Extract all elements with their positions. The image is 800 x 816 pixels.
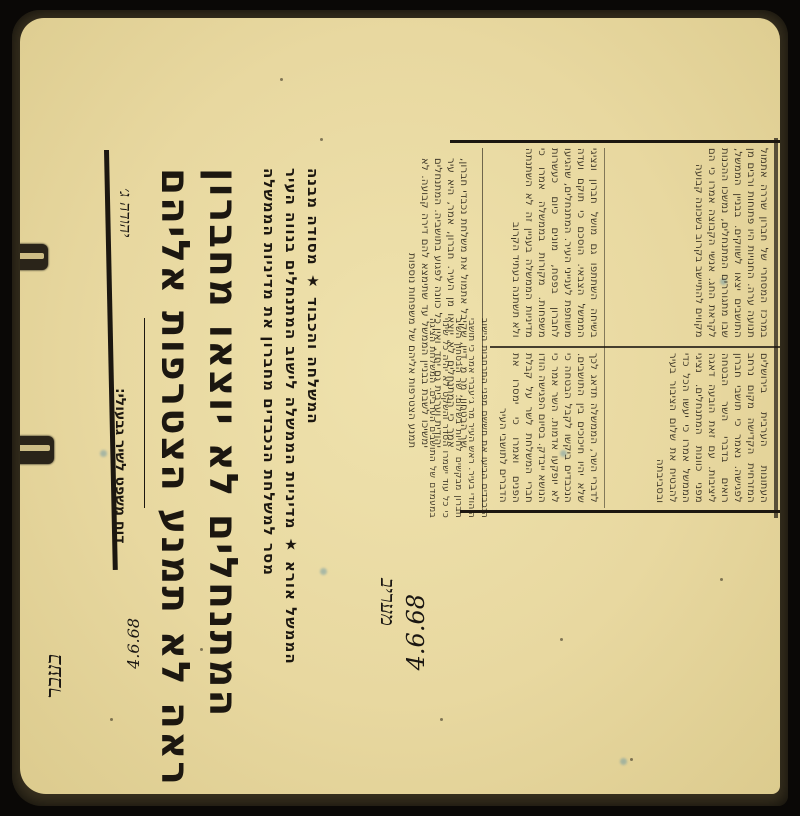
binder-clip-icon bbox=[20, 436, 54, 464]
clipping-bottom-rule bbox=[460, 510, 780, 513]
binder-clip-icon bbox=[20, 244, 48, 270]
body-column-2: הנכבדים הביעו את חששם מפני התרחבות הישוב… bbox=[430, 318, 490, 518]
handwritten-source: מעריב bbox=[376, 578, 400, 626]
body-column-5: במרכז המסחרי של חברון שררה אתמול תנועה ע… bbox=[610, 148, 770, 338]
subhead-line-3: המשלחה והכבוד ★ מסודה מבנה bbox=[304, 168, 322, 425]
body-column-4: לדברי השר, הממשלה תדאג לכך שלא יהיו חיכו… bbox=[490, 353, 600, 503]
handwritten-top-note: יהודה ג׳ bbox=[116, 188, 135, 237]
column-divider bbox=[490, 346, 780, 348]
body-column-3: בשיחה השתתפו גם מושל חברון ונציגי הממשל … bbox=[490, 148, 600, 338]
column-divider bbox=[604, 148, 605, 508]
headline-line-1: המתנחלים לא יוצאו מחברון bbox=[200, 168, 245, 718]
handwritten-date: 4.6.68 bbox=[402, 594, 430, 670]
body-column-6: העתונות הערבית בירושלים המזרחית הקדישה מ… bbox=[610, 353, 770, 503]
handwritten-corner-note: בעבר bbox=[42, 654, 68, 698]
subhead-line-2: הממשל אורא ★ מדיניות הממשלה לישוב המתנחל… bbox=[282, 168, 300, 665]
clipping-top-rule bbox=[450, 140, 780, 143]
newspaper-clipping: יהודה ג׳ 4.6.68 מעריב 4.6.68 בעבר דוח מש… bbox=[20, 18, 780, 794]
byline-thin-rule bbox=[144, 318, 145, 508]
byline: דוח משפט לשיר גבעולי: bbox=[112, 388, 128, 544]
column-divider bbox=[482, 148, 483, 508]
subhead-line-1: מסר למשלחת הנכבדים מחברון את מדיניות הממ… bbox=[260, 168, 278, 576]
clipping-right-edge bbox=[774, 138, 778, 518]
headline-line-2: ראה לא תמנע הצטרפות אליהם bbox=[152, 168, 197, 787]
handwritten-side-date: 4.6.68 bbox=[124, 618, 143, 669]
